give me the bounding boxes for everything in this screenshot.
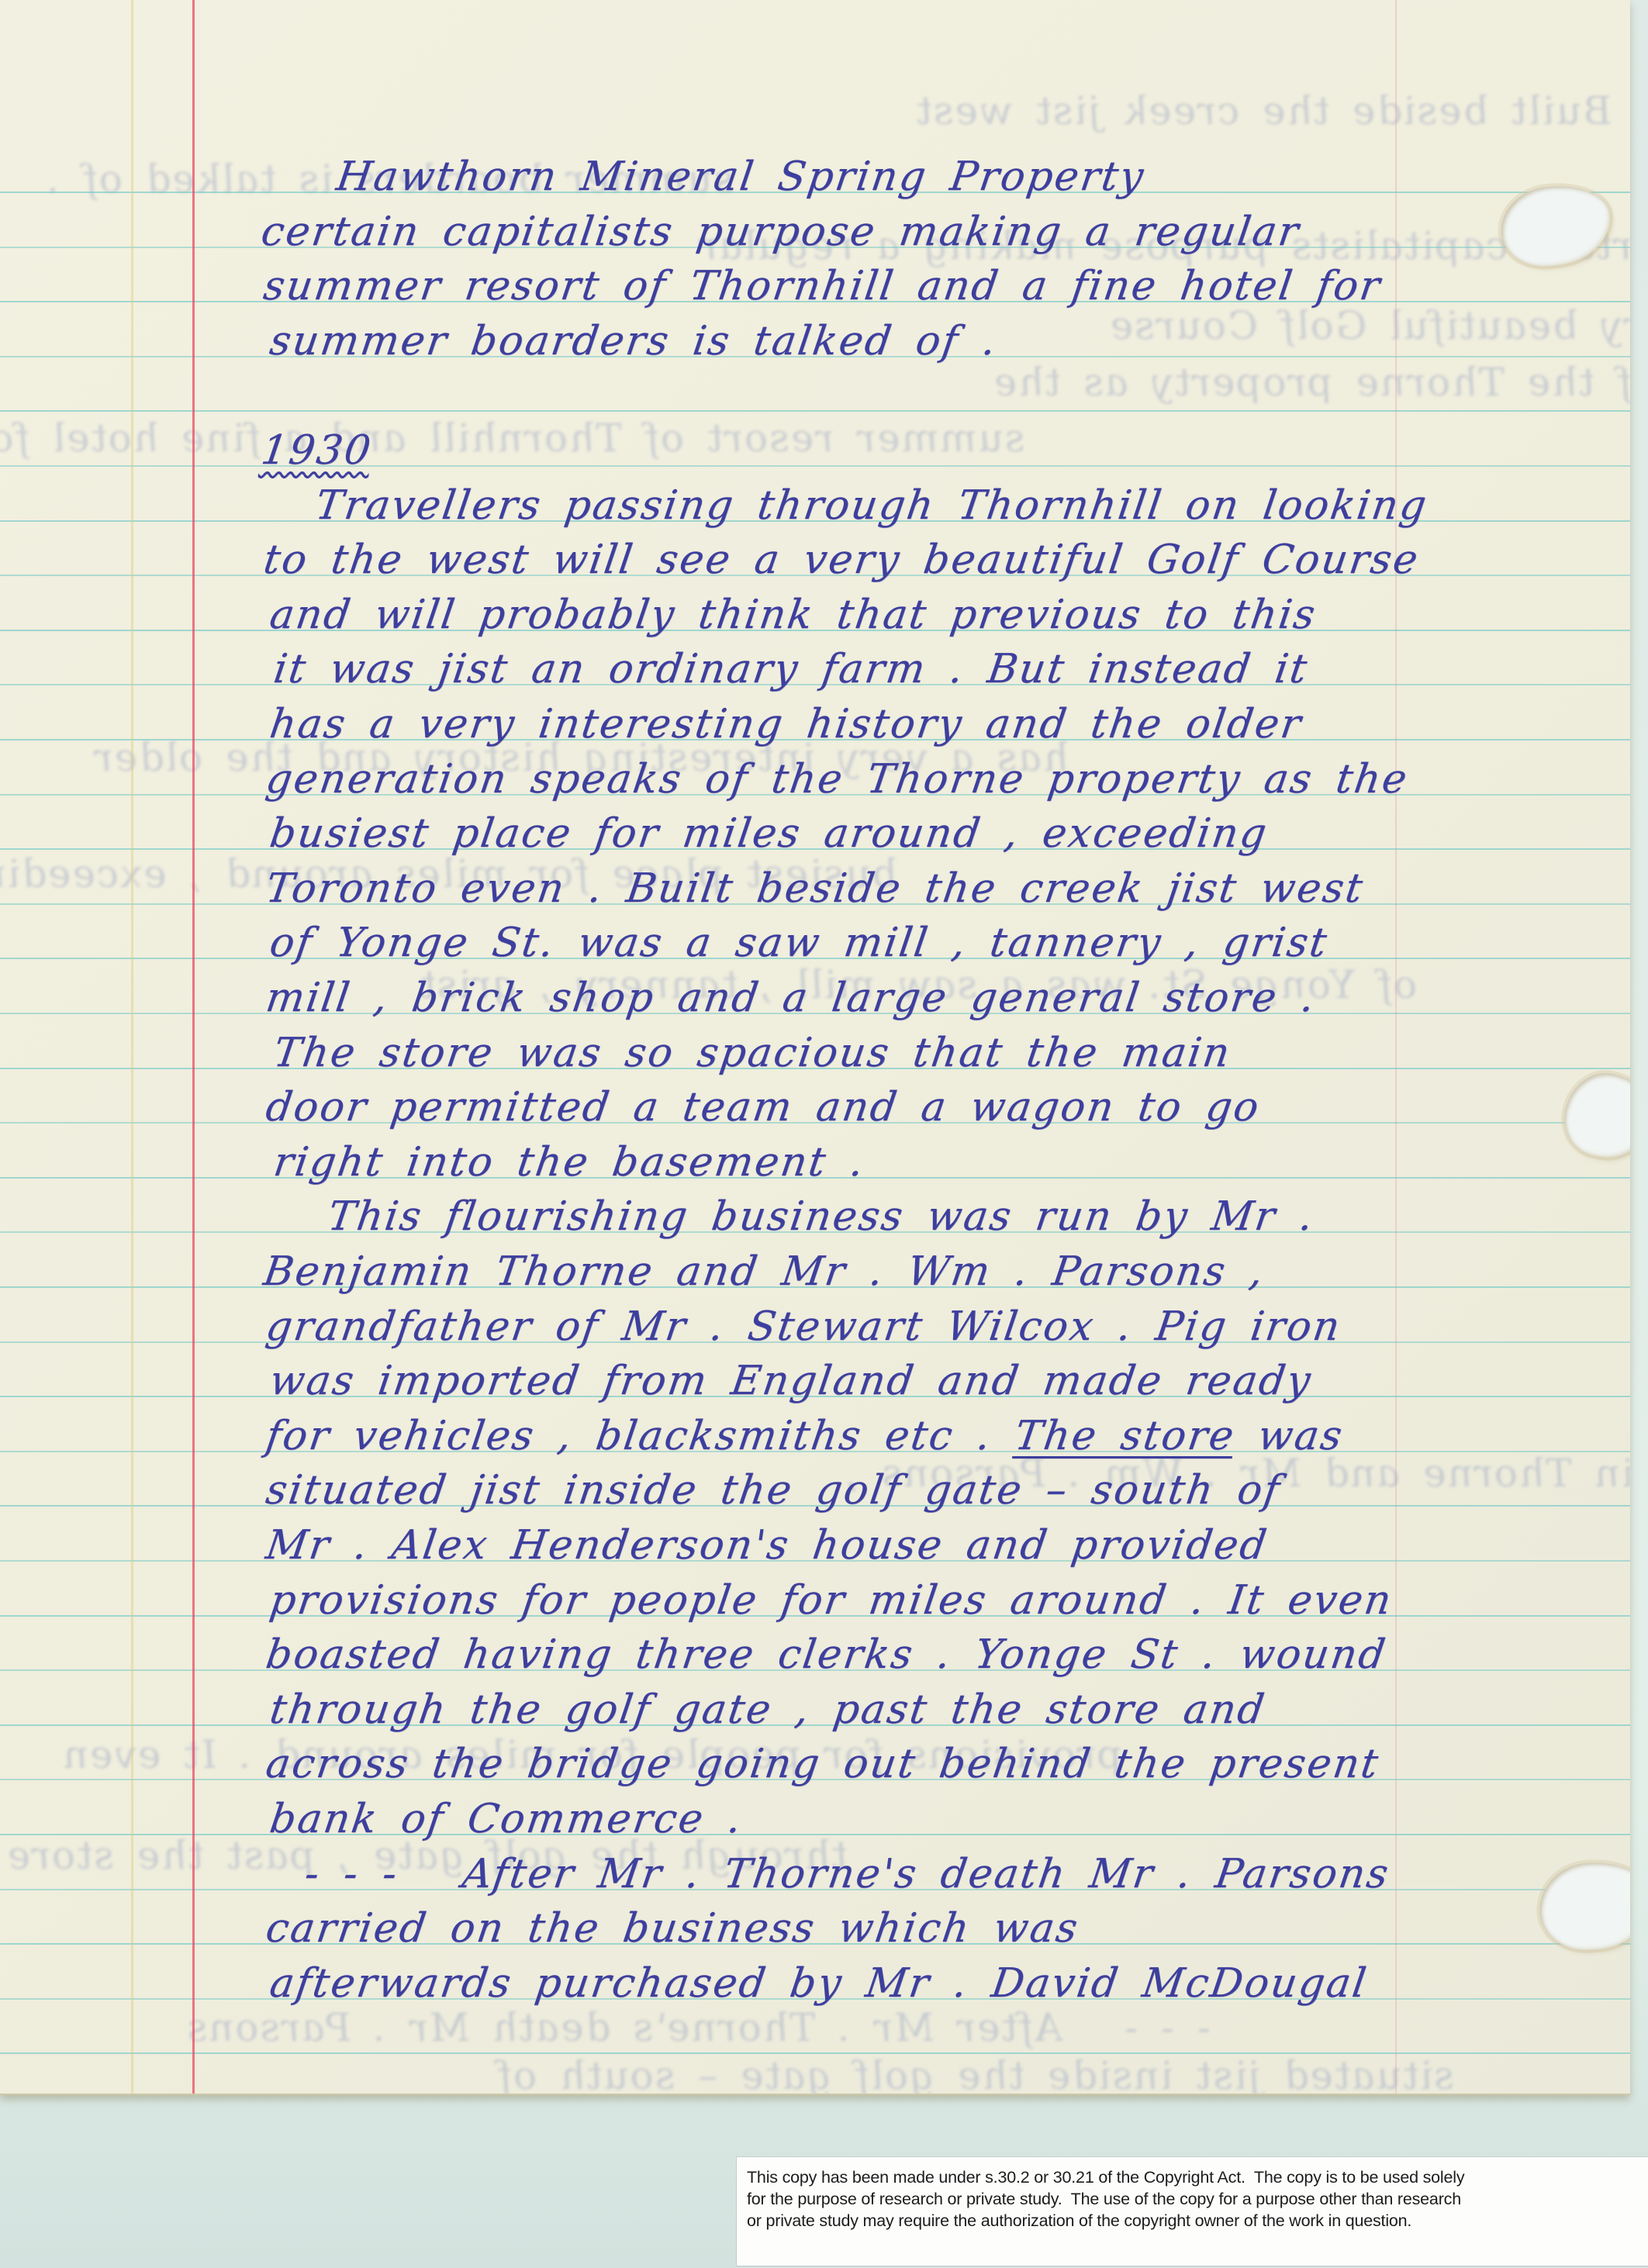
manuscript-line: Toronto even . Built beside the creek ji… bbox=[263, 866, 1367, 913]
scanned-page: Toronto even . Built beside the creek ji… bbox=[0, 0, 1648, 2268]
rule-line bbox=[0, 1834, 1630, 1835]
underlined-phrase: The store bbox=[1012, 1413, 1239, 1459]
manuscript-line: situated jist inside the golf gate – sou… bbox=[263, 1468, 1284, 1514]
manuscript-line: Mr . Alex Henderson's house and provided bbox=[263, 1523, 1271, 1569]
right-margin-line bbox=[1395, 0, 1397, 2094]
copyright-notice: This copy has been made under s.30.2 or … bbox=[737, 2157, 1648, 2266]
manuscript-line: generation speaks of the Thorne property… bbox=[263, 757, 1411, 803]
manuscript-line: provisions for people for miles around .… bbox=[267, 1578, 1396, 1624]
manuscript-line: it was jist an ordinary farm . But inste… bbox=[271, 647, 1311, 693]
manuscript-line: door permitted a team and a wagon to go bbox=[263, 1085, 1263, 1131]
manuscript-line: through the golf gate , past the store a… bbox=[267, 1687, 1269, 1734]
manuscript-line: right into the basement . bbox=[271, 1140, 868, 1186]
manuscript-line: afterwards purchased by Mr . David McDou… bbox=[267, 1961, 1370, 2007]
manuscript-line: Travellers passing through Thornhill on … bbox=[313, 483, 1431, 530]
copyright-line-2: for the purpose of research or private s… bbox=[747, 2189, 1648, 2211]
manuscript-line: boasted having three clerks . Yonge St .… bbox=[263, 1632, 1390, 1679]
manuscript-line: Benjamin Thorne and Mr . Wm . Parsons , bbox=[261, 1249, 1268, 1296]
manuscript-line: was imported from England and made ready bbox=[267, 1358, 1315, 1405]
manuscript-line: of Yonge St. was a saw mill , tannery , … bbox=[267, 920, 1331, 967]
manuscript-line: summer resort of Thornhill and a fine ho… bbox=[261, 264, 1384, 310]
left-edge-artifact-line bbox=[131, 0, 133, 2094]
manuscript-line: - - - After Mr . Thorne's death Mr . Par… bbox=[302, 1852, 1393, 1898]
manuscript-line: summer boarders is talked of . bbox=[267, 319, 1000, 365]
manuscript-line: has a very interesting history and the o… bbox=[267, 702, 1305, 748]
bleedthrough-ghost-text: situated jist inside the golf gate – sou… bbox=[493, 2056, 1456, 2095]
manuscript-line: certain capitalists purpose making a reg… bbox=[258, 209, 1303, 256]
copyright-line-3: or private study may require the authori… bbox=[747, 2211, 1648, 2232]
manuscript-line: busiest place for miles around , exceedi… bbox=[267, 811, 1271, 858]
manuscript-line: 1930 bbox=[258, 428, 375, 475]
manuscript-line: bank of Commerce . bbox=[267, 1797, 746, 1843]
punch-hole-bottom bbox=[1536, 1859, 1630, 1953]
rule-line bbox=[0, 410, 1630, 412]
manuscript-line: Hawthorn Mineral Spring Property bbox=[333, 154, 1148, 201]
rule-line bbox=[0, 2052, 1630, 2054]
manuscript-line: carried on the business which was bbox=[263, 1906, 1082, 1952]
rule-line bbox=[0, 465, 1630, 467]
notebook-paper: Toronto even . Built beside the creek ji… bbox=[0, 0, 1630, 2095]
manuscript-line: and will probably think that previous to… bbox=[267, 592, 1319, 639]
manuscript-line: grandfather of Mr . Stewart Wilcox . Pig… bbox=[263, 1304, 1344, 1351]
bleedthrough-ghost-text: - - - After Mr . Thorne's death Mr . Par… bbox=[183, 2008, 1213, 2047]
manuscript-line: mill , brick shop and a large general st… bbox=[263, 975, 1319, 1022]
manuscript-line: This flourishing business was run by Mr … bbox=[325, 1194, 1318, 1241]
copyright-line-1: This copy has been made under s.30.2 or … bbox=[747, 2167, 1648, 2189]
bleedthrough-ghost-text: generation speaks of the Thorne property… bbox=[990, 363, 1630, 402]
bleedthrough-ghost-text: Toronto even . Built beside the creek ji… bbox=[912, 91, 1630, 130]
manuscript-line: The store was so spacious that the main bbox=[271, 1030, 1234, 1077]
bleedthrough-ghost-text: summer resort of Thornhill and a fine ho… bbox=[0, 419, 1028, 457]
manuscript-line: to the west will see a very beautiful Go… bbox=[261, 537, 1422, 584]
manuscript-line: for vehicles , blacksmiths etc . The sto… bbox=[263, 1414, 1346, 1460]
red-margin-line bbox=[192, 0, 195, 2094]
manuscript-line: across the bridge going out behind the p… bbox=[263, 1742, 1383, 1788]
punch-hole-middle bbox=[1557, 1066, 1630, 1166]
bleedthrough-ghost-text: to the west will see a very beautiful Go… bbox=[1106, 306, 1630, 345]
